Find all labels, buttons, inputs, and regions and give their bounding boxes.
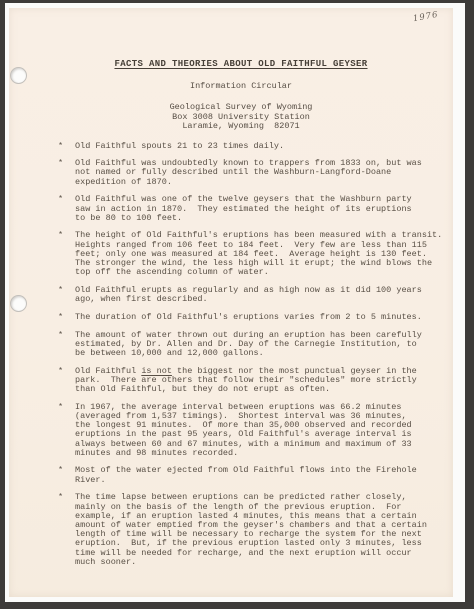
- document-page: 1976 FACTS AND THEORIES ABOUT OLD FAITHF…: [9, 8, 453, 597]
- page-content: FACTS AND THEORIES ABOUT OLD FAITHFUL GE…: [9, 8, 453, 567]
- bullet-item: * In 1967, the average interval between …: [58, 403, 445, 458]
- bullet-marker: *: [58, 195, 75, 204]
- bullet-item: * Old Faithful is not the biggest nor th…: [58, 367, 445, 395]
- organization-address: Geological Survey of Wyoming Box 3008 Un…: [29, 103, 453, 132]
- bullet-item: * Old Faithful erupts as regularly and a…: [58, 286, 445, 304]
- org-city-state-zip: Laramie, Wyoming 82071: [29, 122, 453, 132]
- bullet-item: * Old Faithful spouts 21 to 23 times dai…: [58, 142, 445, 151]
- bullet-marker: *: [58, 286, 75, 295]
- bullet-item: * The amount of water thrown out during …: [58, 331, 445, 359]
- bullet-text: Old Faithful spouts 21 to 23 times daily…: [75, 142, 284, 151]
- bullet-item: * Old Faithful was undoubtedly known to …: [58, 159, 445, 187]
- bullet-marker: *: [58, 313, 75, 322]
- bullet-marker: *: [58, 403, 75, 412]
- bullet-text: Old Faithful is not the biggest nor the …: [75, 367, 417, 395]
- document-header: FACTS AND THEORIES ABOUT OLD FAITHFUL GE…: [29, 59, 453, 132]
- bullet-marker: *: [58, 493, 75, 502]
- bullet-text: Old Faithful was one of the twelve geyse…: [75, 195, 412, 223]
- bullet-item: * The time lapse between eruptions can b…: [58, 493, 445, 567]
- bullet-text: Most of the water ejected from Old Faith…: [75, 466, 417, 484]
- bullet-marker: *: [58, 231, 75, 240]
- bullet-text: The amount of water thrown out during an…: [75, 331, 422, 359]
- bullet-marker: *: [58, 466, 75, 475]
- bullet-text: Old Faithful was undoubtedly known to tr…: [75, 159, 422, 187]
- bullet-text: In 1967, the average interval between er…: [75, 403, 412, 458]
- punch-hole-top: [10, 67, 27, 84]
- bullet-item: * The duration of Old Faithful's eruptio…: [58, 313, 445, 322]
- bullet-marker: *: [58, 367, 75, 376]
- bullet-item: * Old Faithful was one of the twelve gey…: [58, 195, 445, 223]
- bullet-marker: *: [58, 159, 75, 168]
- punch-hole-bottom: [10, 295, 27, 312]
- bullet-text: Old Faithful erupts as regularly and as …: [75, 286, 422, 304]
- bullet-list: * Old Faithful spouts 21 to 23 times dai…: [58, 142, 445, 568]
- bullet-text: The time lapse between eruptions can be …: [75, 493, 427, 567]
- bullet-text: The duration of Old Faithful's eruptions…: [75, 313, 422, 322]
- document-subtitle: Information Circular: [29, 81, 453, 91]
- bullet-item: * The height of Old Faithful's eruptions…: [58, 231, 445, 277]
- bullet-text: The height of Old Faithful's eruptions h…: [75, 231, 442, 277]
- document-title: FACTS AND THEORIES ABOUT OLD FAITHFUL GE…: [29, 59, 453, 69]
- bullet-marker: *: [58, 331, 75, 340]
- bullet-marker: *: [58, 142, 75, 151]
- bullet-item: * Most of the water ejected from Old Fai…: [58, 466, 445, 484]
